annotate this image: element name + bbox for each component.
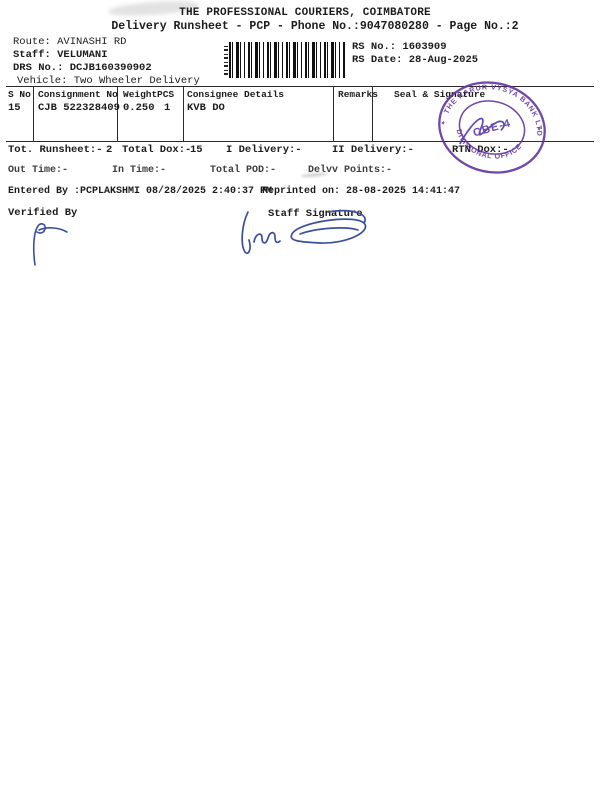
reprinted-on-line: Reprinted on: 28-08-2025 14:41:47 (262, 186, 460, 197)
col-header-sno: S No (8, 90, 31, 100)
staff-signature-handwriting (236, 204, 382, 262)
col-header-pcs: PCS (157, 90, 174, 100)
cell-pcs: 1 (164, 103, 170, 115)
document-subtitle: Delivery Runsheet - PCP - Phone No.:9047… (30, 21, 600, 34)
rs-date-label: RS Date: (352, 54, 402, 66)
col-header-weight: Weight (123, 90, 157, 100)
route-label: Route: (13, 36, 51, 48)
rs-date-value: 28-Aug-2025 (409, 54, 478, 66)
table-col-divider (33, 87, 34, 141)
cell-consignment: CJB 522328409 (38, 103, 120, 115)
col-header-remarks: Remarks (338, 90, 378, 100)
table-col-divider (333, 87, 334, 141)
rs-no-label: RS No.: (352, 41, 396, 53)
karur-vysya-bank-stamp: THE KARUR VYSYA BANK LTD DIVISIONAL OFFI… (424, 66, 560, 188)
col-header-consignment: Consignment No (38, 90, 118, 100)
drs-line: DRS No.: DCJB160390902 (13, 63, 152, 75)
table-col-divider (183, 87, 184, 141)
entered-by-line: Entered By :PCPLAKSHMI 08/28/2025 2:40:3… (8, 186, 272, 197)
total-runsheet-value: 2 (106, 145, 112, 157)
verified-by-signature (20, 213, 72, 271)
route-line: Route: AVINASHI RD (13, 37, 126, 49)
stamp-star-left: * (440, 119, 446, 130)
total-dox-label: Total Dox:- (122, 145, 191, 157)
delivery-runsheet-document: THE PROFESSIONAL COURIERS, COIMBATORE De… (0, 0, 600, 800)
route-value: AVINASHI RD (57, 36, 126, 48)
drs-label: DRS No.: (13, 62, 63, 74)
barcode-side-text (224, 44, 228, 75)
i-delivery-label: I Delivery:- (226, 145, 302, 157)
barcode (229, 42, 345, 78)
total-runsheet-label: Tot. Runsheet:- (8, 145, 103, 157)
rs-date-line: RS Date: 28-Aug-2025 (352, 55, 478, 67)
cell-weight: 0.250 (123, 103, 155, 115)
staff-line: Staff: VELUMANI (13, 50, 108, 62)
out-time-label: Out Time:- (8, 165, 68, 176)
in-time-label: In Time:- (112, 165, 166, 176)
total-pod-label: Total POD:- (210, 165, 276, 176)
document-title: THE PROFESSIONAL COURIERS, COIMBATORE (10, 7, 600, 19)
total-dox-value: 15 (190, 145, 203, 157)
cell-consignee: KVB DO (187, 103, 225, 115)
staff-value: VELUMANI (57, 49, 107, 61)
col-header-consignee: Consignee Details (187, 90, 284, 100)
rs-no-line: RS No.: 1603909 (352, 42, 447, 54)
drs-value: DCJB160390902 (70, 62, 152, 74)
delvy-points-label: Delvv Points:- (308, 165, 392, 176)
rs-no-value: 1603909 (402, 41, 446, 53)
ii-delivery-label: II Delivery:- (332, 145, 414, 157)
staff-label: Staff: (13, 49, 51, 61)
cell-sno: 15 (8, 103, 21, 115)
